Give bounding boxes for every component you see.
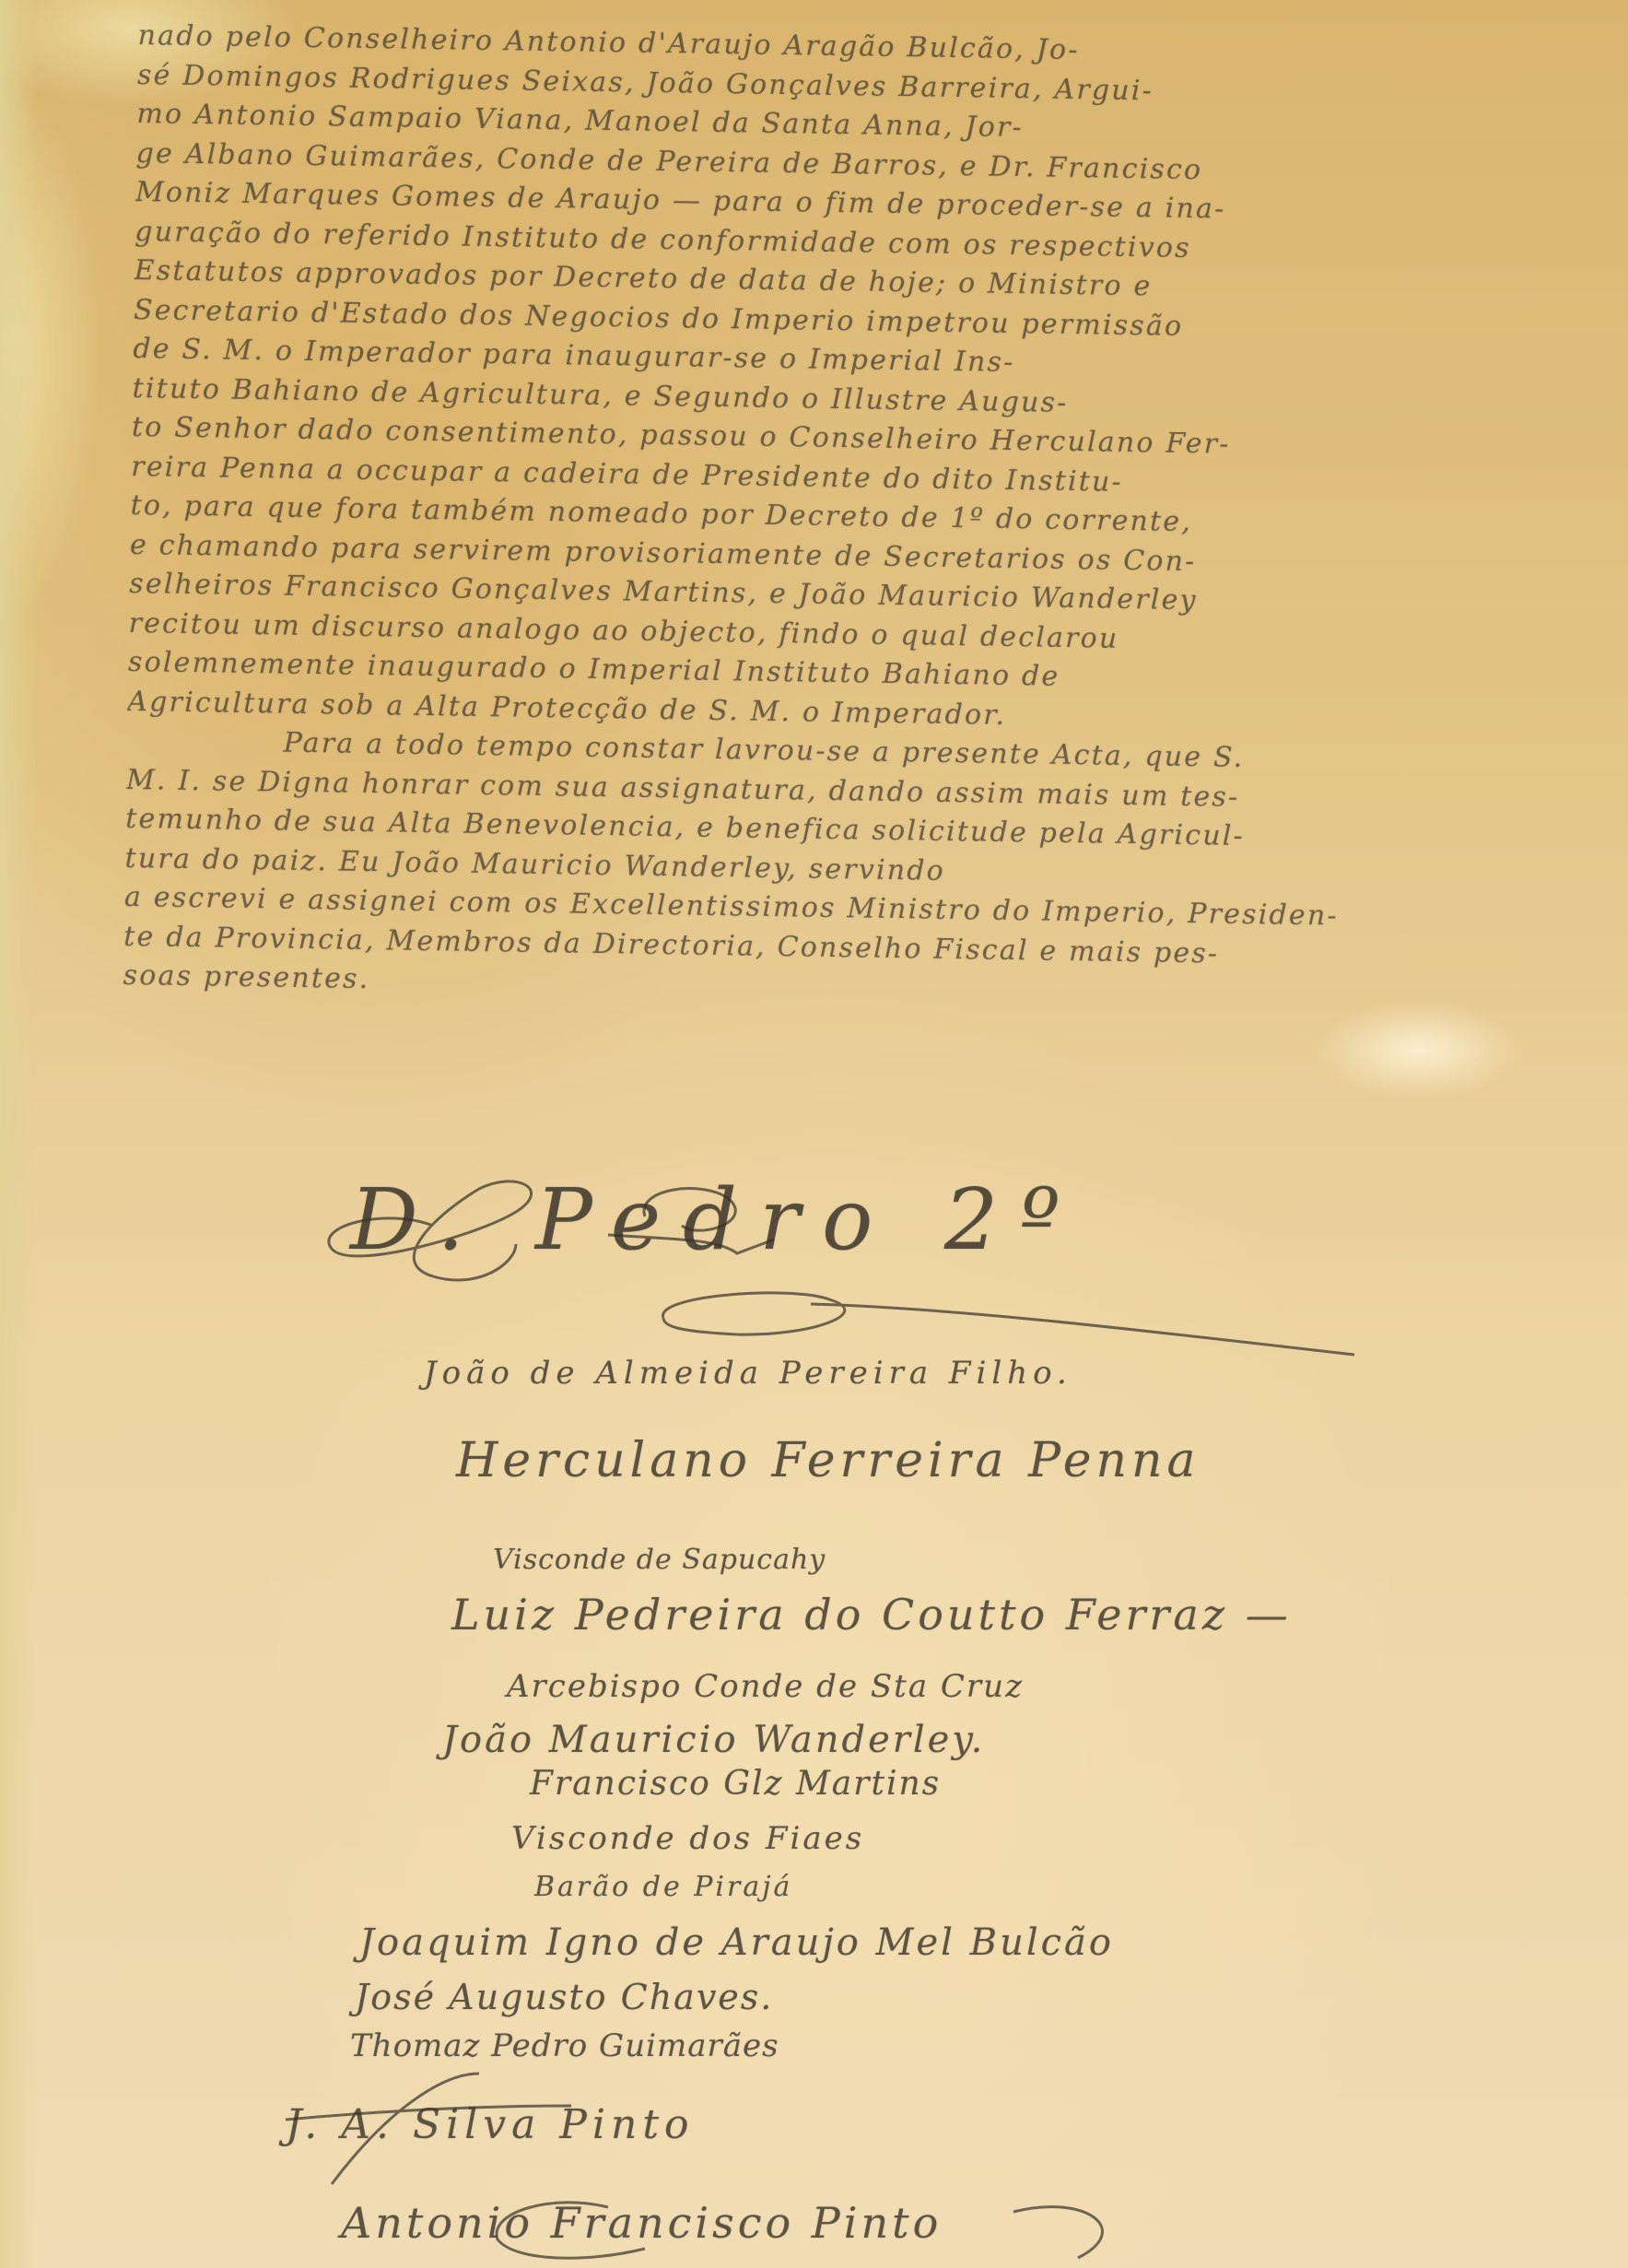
signature-block: D. Pedro 2º João de Almeida Pereira Filh… — [0, 0, 1628, 2268]
signature: José Augusto Chaves. — [355, 1977, 773, 2017]
signature: João de Almeida Pereira Filho. — [424, 1355, 1072, 1392]
signature: Francisco Glz Martins — [530, 1765, 941, 1803]
manuscript-page: nado pelo Conselheiro Antonio d'Araujo A… — [0, 0, 1628, 2268]
signature: Barão de Pirajá — [534, 1871, 792, 1903]
signature-emperor: D. Pedro 2º — [350, 1170, 1082, 1269]
signature: Thomaz Pedro Guimarães — [350, 2027, 779, 2064]
signature: Arcebispo Conde de Sta Cruz — [507, 1668, 1024, 1705]
signature: Visconde de Sapucahy — [493, 1544, 826, 1576]
signature: Luiz Pedreira do Coutto Ferraz — — [451, 1590, 1292, 1639]
signature: J. A. Silva Pinto — [286, 2101, 695, 2148]
signature: Antonio Francisco Pinto — [341, 2198, 942, 2248]
signature: Joaquim Igno de Araujo Mel Bulcão — [359, 1921, 1114, 1964]
signature: Visconde dos Fiaes — [511, 1820, 864, 1857]
signature: Herculano Ferreira Penna — [456, 1433, 1200, 1488]
signature: João Mauricio Wanderley. — [442, 1719, 985, 1761]
